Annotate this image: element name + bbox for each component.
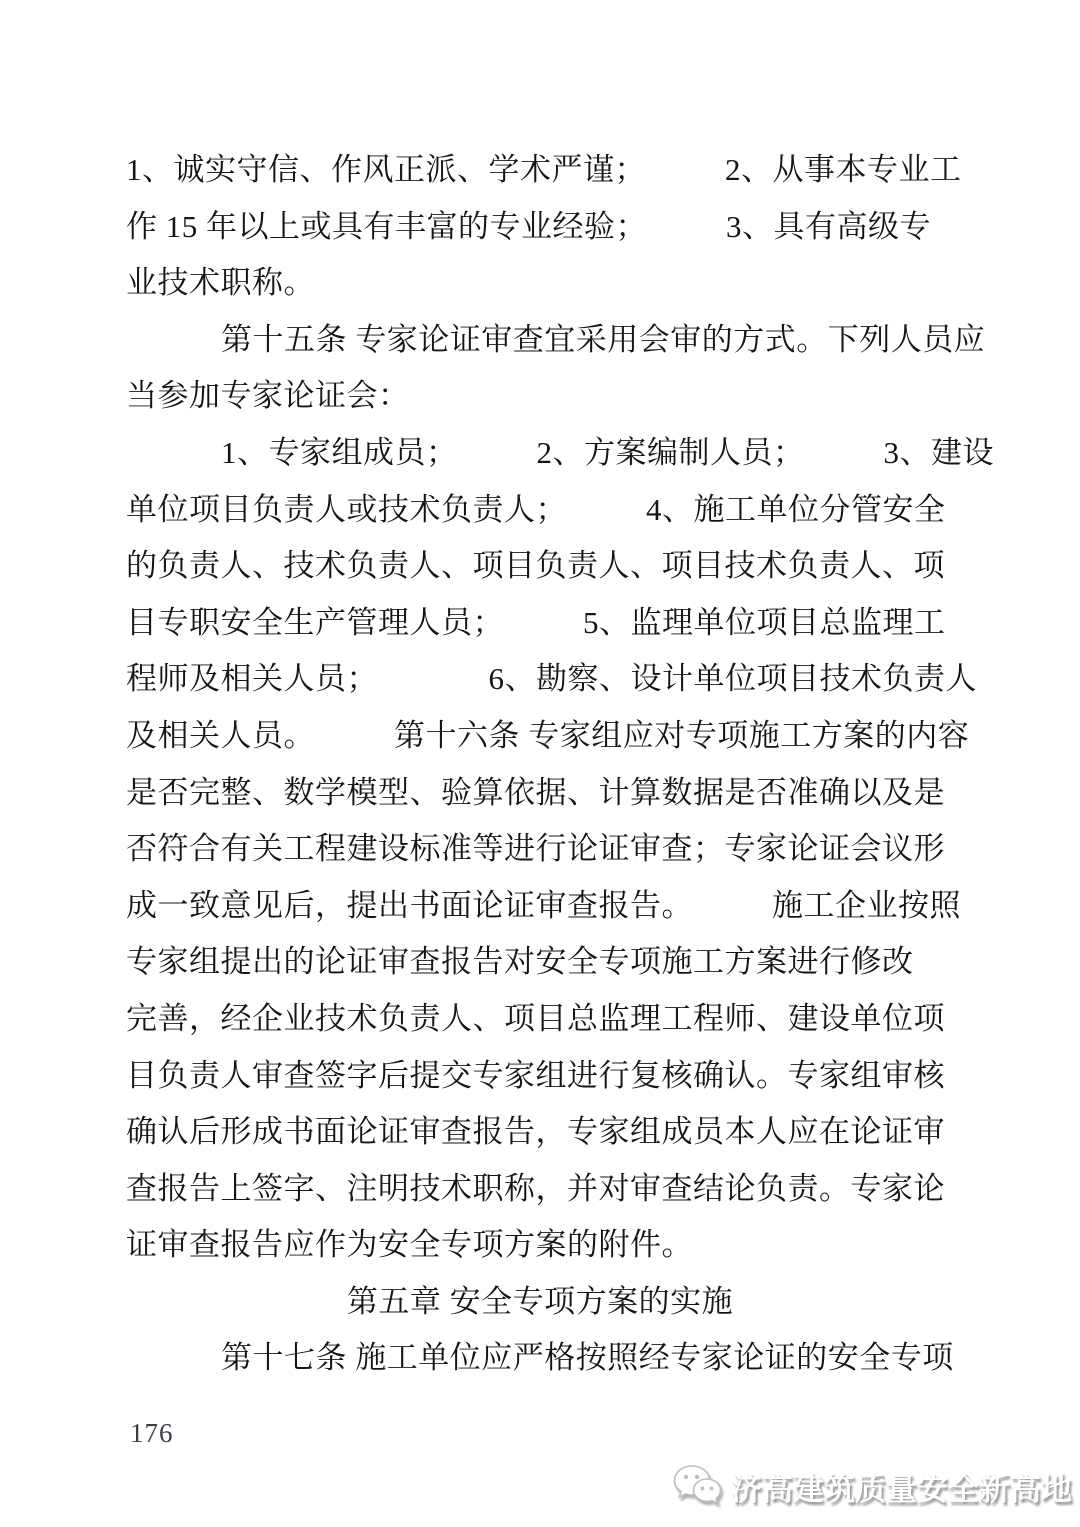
text-line: 作 15 年以上或具有丰富的专业经验； 3、具有高级专 — [126, 199, 954, 256]
text-line: 成一致意见后，提出书面论证审查报告。 施工企业按照 — [126, 878, 954, 935]
wechat-icon — [671, 1463, 723, 1509]
document-page: 1、诚实守信、作风正派、学术严谨； 2、从事本专业工 作 15 年以上或具有丰富… — [0, 0, 1080, 1527]
text-line: 是否完整、数学模型、验算依据、计算数据是否准确以及是 — [126, 765, 954, 822]
text-line: 当参加专家论证会： — [126, 368, 954, 425]
document-body: 1、诚实守信、作风正派、学术严谨； 2、从事本专业工 作 15 年以上或具有丰富… — [126, 142, 954, 1387]
text-line: 查报告上签字、注明技术职称，并对审查结论负责。专家论 — [126, 1161, 954, 1218]
text-line: 1、诚实守信、作风正派、学术严谨； 2、从事本专业工 — [126, 142, 954, 199]
text-line: 完善，经企业技术负责人、项目总监理工程师、建设单位项 — [126, 991, 954, 1048]
page-number: 176 — [130, 1418, 174, 1449]
text-line: 单位项目负责人或技术负责人； 4、施工单位分管安全 — [126, 482, 954, 539]
text-line: 证审查报告应作为安全专项方案的附件。 — [126, 1217, 954, 1274]
text-line: 1、专家组成员； 2、方案编制人员； 3、建设 — [126, 425, 954, 482]
watermark-banner: 济高建筑质量安全新高地 — [671, 1463, 1072, 1509]
chapter-heading: 第五章 安全专项方案的实施 — [126, 1274, 954, 1331]
text-line: 目专职安全生产管理人员； 5、监理单位项目总监理工 — [126, 595, 954, 652]
text-line: 的负责人、技术负责人、项目负责人、项目技术负责人、项 — [126, 538, 954, 595]
text-line: 否符合有关工程建设标准等进行论证审查；专家论证会议形 — [126, 821, 954, 878]
text-line: 程师及相关人员； 6、勘察、设计单位项目技术负责人 — [126, 651, 954, 708]
text-line: 专家组提出的论证审查报告对安全专项施工方案进行修改 — [126, 934, 954, 991]
text-line-article-15: 第十五条 专家论证审查宜采用会审的方式。下列人员应 — [126, 312, 954, 369]
text-line: 业技术职称。 — [126, 255, 954, 312]
text-line-article-17: 第十七条 施工单位应严格按照经专家论证的安全专项 — [126, 1330, 954, 1387]
text-line-article-16: 及相关人员。 第十六条 专家组应对专项施工方案的内容 — [126, 708, 954, 765]
watermark-text: 济高建筑质量安全新高地 — [731, 1464, 1072, 1509]
text-line: 确认后形成书面论证审查报告，专家组成员本人应在论证审 — [126, 1104, 954, 1161]
text-line: 目负责人审查签字后提交专家组进行复核确认。专家组审核 — [126, 1048, 954, 1105]
